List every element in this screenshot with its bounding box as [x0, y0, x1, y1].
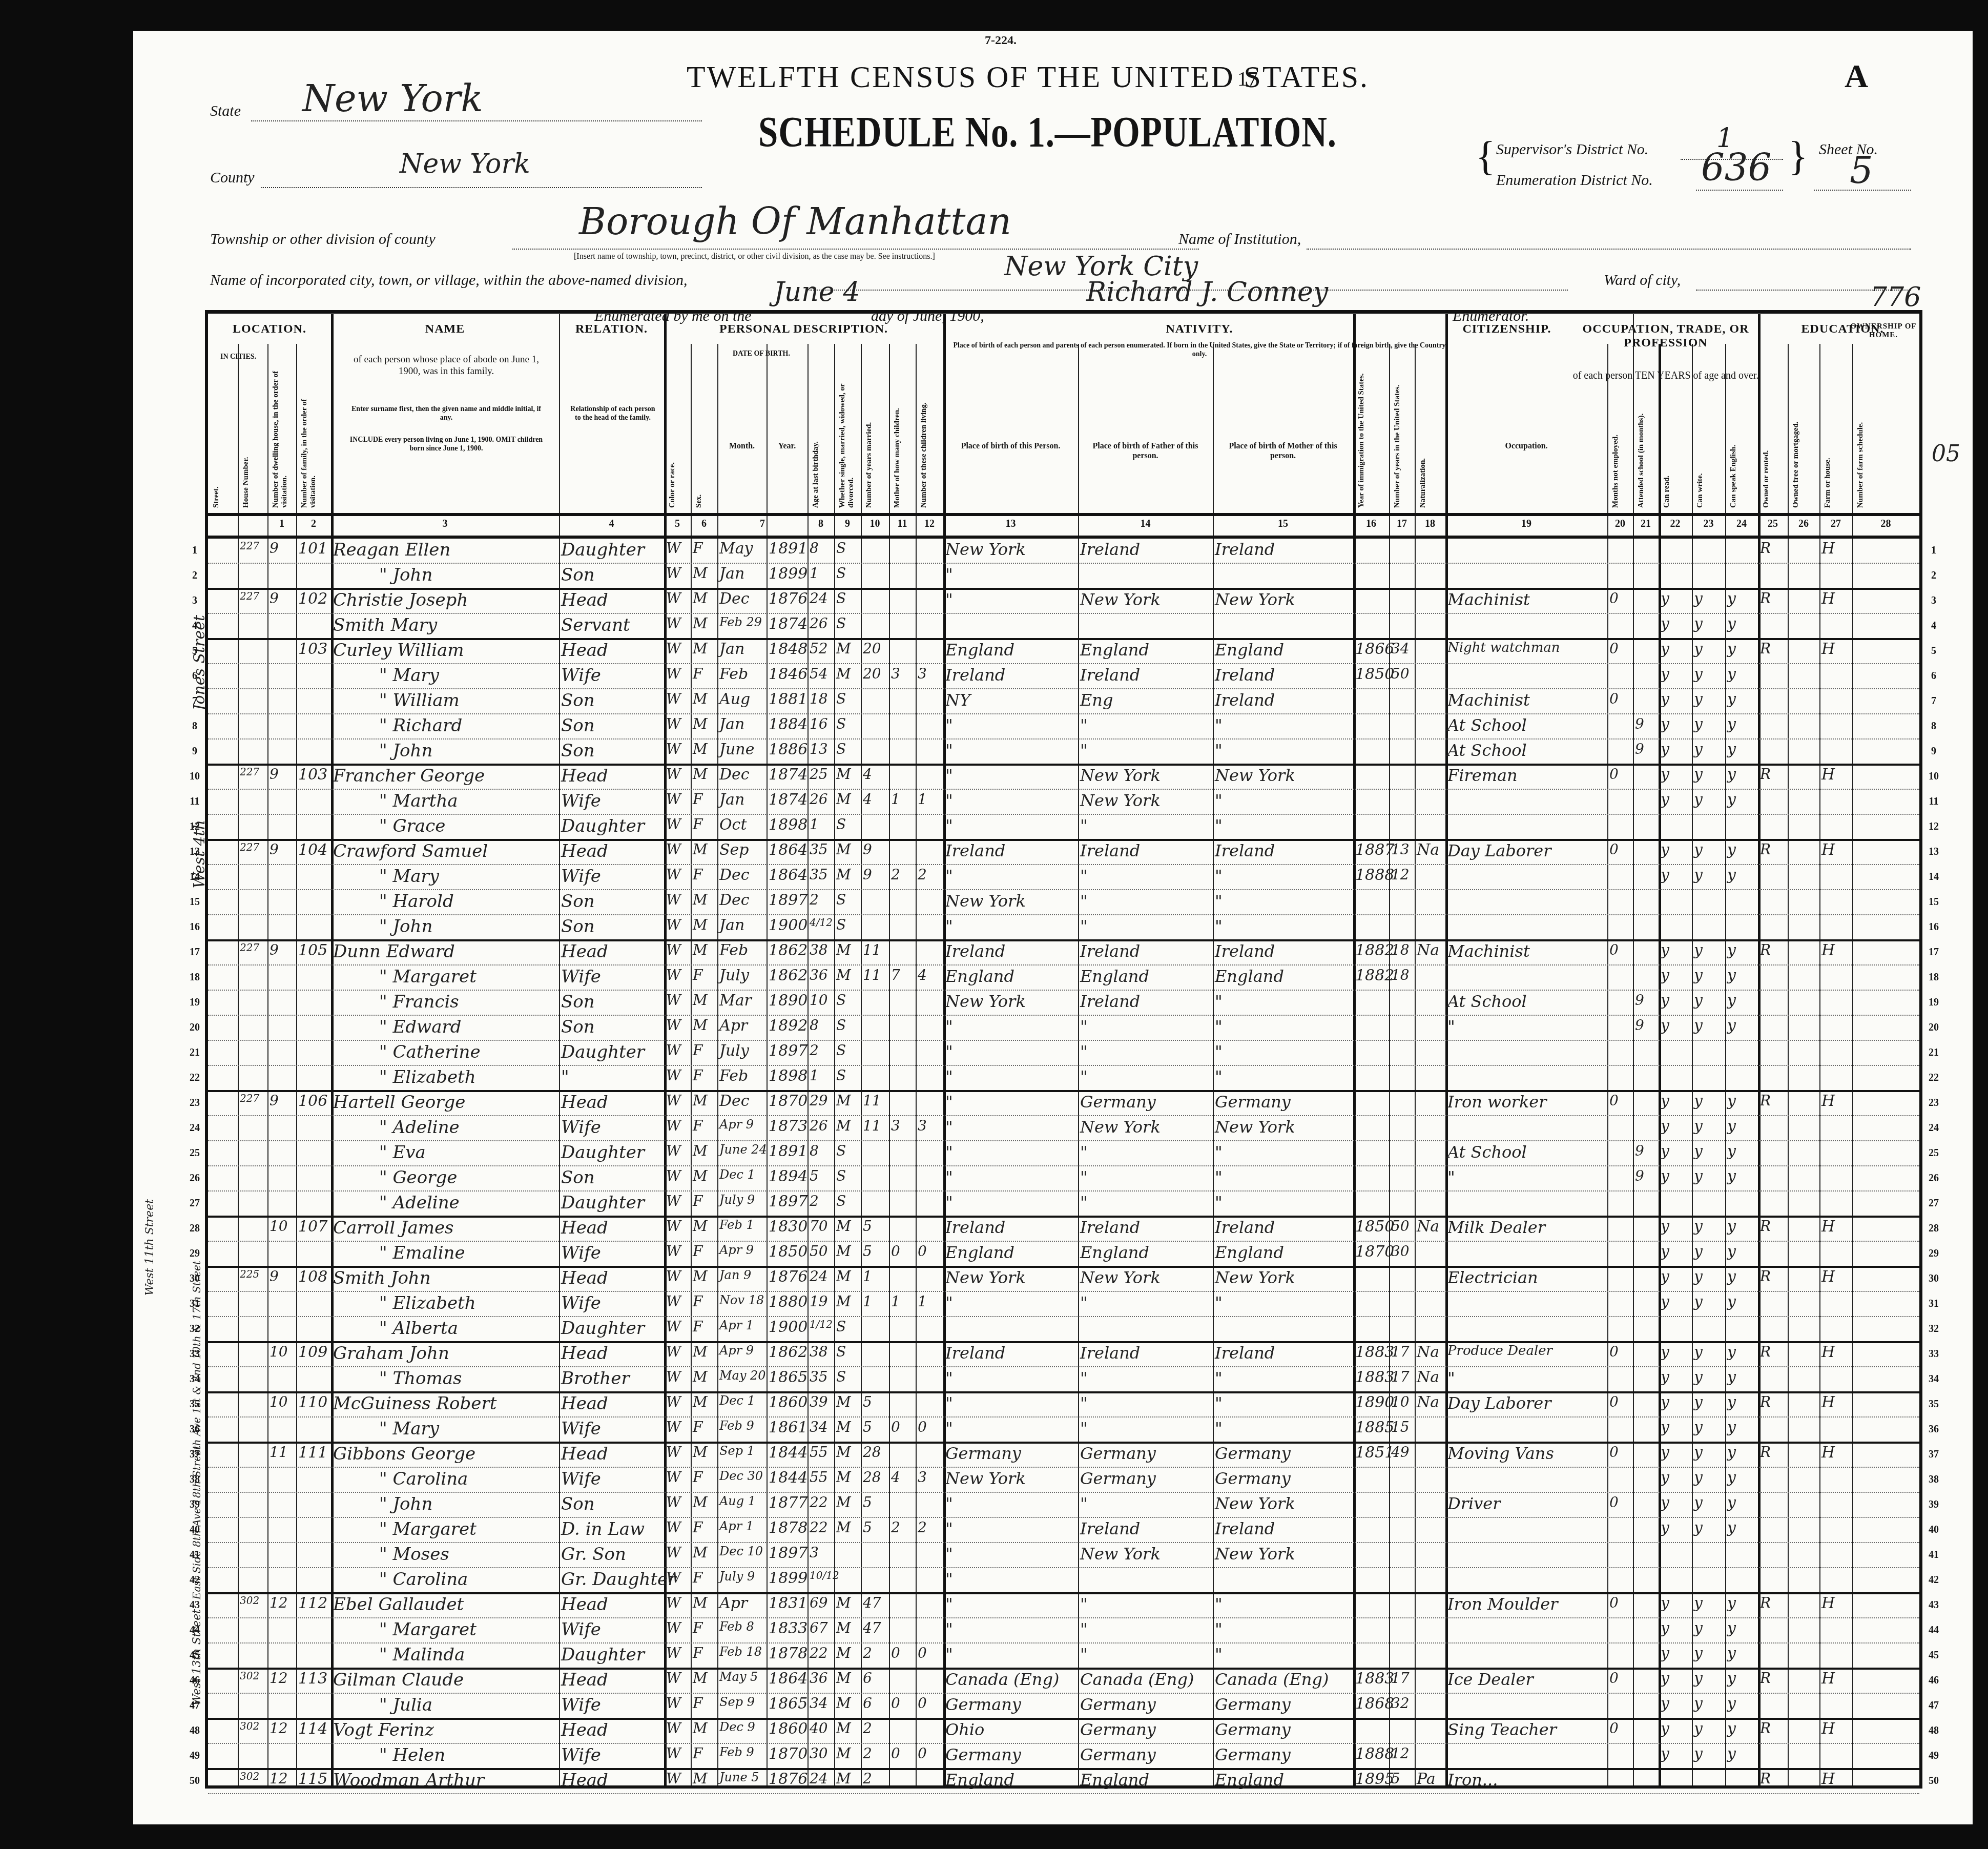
- column-header-imm: Year of immigration to the United States…: [1357, 369, 1386, 508]
- cell-age: 26: [810, 791, 828, 808]
- cell-sch: 9: [1635, 1167, 1644, 1184]
- cell-pb: ": [945, 1193, 953, 1212]
- cell-age: 34: [810, 1695, 828, 1712]
- cell-name: " Emaline: [333, 1243, 465, 1263]
- cell-rd: y: [1661, 615, 1669, 633]
- cell-race: W: [666, 1042, 681, 1059]
- cell-mc: 1: [891, 791, 900, 808]
- row-number-left: 28: [184, 1223, 205, 1235]
- cell-yrs: 17: [1391, 1670, 1410, 1687]
- cell-pb: England: [945, 640, 1014, 660]
- stamp-number: 17: [1237, 67, 1258, 91]
- column-number: 25: [1758, 518, 1788, 530]
- row-divider: [208, 814, 1919, 815]
- cell-month: Feb: [719, 665, 748, 683]
- cell-rd: y: [1661, 791, 1669, 809]
- cell-age: 1: [810, 565, 819, 582]
- cell-wr: y: [1694, 992, 1703, 1010]
- cell-pm: Germany: [1215, 1720, 1291, 1739]
- cell-pf: ": [1080, 715, 1088, 735]
- cell-mar: M: [836, 941, 851, 958]
- cell-en: y: [1727, 665, 1736, 683]
- column-number: 14: [1078, 518, 1213, 530]
- row-number-right: 9: [1923, 746, 1944, 757]
- cell-wr: y: [1694, 665, 1703, 683]
- column-number: 6: [691, 518, 717, 530]
- cell-month: Mar: [719, 992, 752, 1010]
- cell-sex: F: [693, 1619, 702, 1636]
- cell-sex: M: [693, 916, 708, 933]
- row-number-right: 31: [1923, 1298, 1944, 1310]
- cell-pb: Ireland: [945, 841, 1005, 860]
- cell-occ: Iron...: [1447, 1770, 1498, 1790]
- cell-age: 1: [810, 816, 819, 833]
- cell-pm: New York: [1215, 1117, 1295, 1137]
- cell-sex: F: [693, 1645, 702, 1661]
- cell-sex: F: [693, 1293, 702, 1310]
- row-number-right: 15: [1923, 896, 1944, 908]
- row-divider: [208, 964, 1919, 965]
- cell-cl: 4: [918, 967, 927, 983]
- cell-occ: Moving Vans: [1447, 1444, 1554, 1463]
- cell-pb: England: [945, 1243, 1014, 1262]
- cell-name: Reagan Ellen: [333, 540, 450, 560]
- cell-occ: Fireman: [1447, 766, 1518, 785]
- sheet-no-value[interactable]: 5: [1850, 149, 1873, 192]
- cell-age: 2: [810, 1042, 819, 1059]
- cell-race: W: [666, 1619, 681, 1636]
- cell-race: W: [666, 1770, 681, 1787]
- cell-rd: y: [1661, 1619, 1669, 1637]
- cell-age: 24: [810, 590, 828, 607]
- header-divider: [208, 313, 1919, 314]
- cell-farm: H: [1821, 1720, 1835, 1738]
- cell-farm: H: [1821, 1268, 1835, 1286]
- cell-en: y: [1727, 1167, 1736, 1185]
- column-number: 23: [1692, 518, 1725, 530]
- cell-pf: New York: [1080, 766, 1161, 785]
- cell-mar: M: [836, 1619, 851, 1636]
- cell-wr: y: [1694, 1117, 1703, 1135]
- cell-pm: ": [1215, 1142, 1223, 1162]
- cell-pm: ": [1215, 1645, 1223, 1664]
- enumerated-label: Enumerated by me on the: [594, 307, 752, 325]
- cell-occ: ": [1447, 1368, 1455, 1388]
- cell-pb: ": [945, 1645, 953, 1664]
- cell-pm: New York: [1215, 1268, 1295, 1287]
- cell-nat: Na: [1417, 1343, 1439, 1361]
- cell-pm: Ireland: [1215, 1218, 1275, 1237]
- cell-en: y: [1727, 1519, 1736, 1537]
- cell-rd: y: [1661, 1594, 1669, 1612]
- cell-fam: 105: [298, 941, 327, 959]
- cell-en: y: [1727, 1268, 1736, 1286]
- column-header-fs: Number of farm schedule.: [1856, 369, 1916, 508]
- row-divider: [208, 1065, 1919, 1066]
- row-divider: [208, 914, 1919, 915]
- cell-race: W: [666, 1419, 681, 1435]
- cell-year: 1865: [769, 1368, 807, 1386]
- cell-wr: y: [1694, 1393, 1703, 1411]
- cell-own: R: [1760, 540, 1771, 557]
- cell-wr: y: [1694, 1619, 1703, 1637]
- cell-yrs: 5: [1391, 1770, 1400, 1787]
- cell-pb: ": [945, 1167, 953, 1187]
- cell-own: R: [1760, 640, 1771, 657]
- cell-imm: 1850: [1355, 665, 1394, 683]
- column-number: 3: [331, 518, 559, 530]
- cell-rel: Son: [561, 715, 595, 736]
- cell-race: W: [666, 1544, 681, 1561]
- census-title: TWELFTH CENSUS OF THE UNITED STATES.: [687, 59, 1369, 95]
- row-number-left: 25: [184, 1147, 205, 1159]
- cell-pm: ": [1215, 1368, 1223, 1388]
- cell-year: 1850: [769, 1243, 807, 1261]
- cell-pf: England: [1080, 1770, 1149, 1790]
- cell-name: " Elizabeth: [333, 1293, 476, 1313]
- cell-year: 1891: [769, 1142, 807, 1160]
- row-number-right: 30: [1923, 1273, 1944, 1285]
- row-divider: [208, 1140, 1919, 1141]
- cell-mar: S: [836, 690, 846, 707]
- row-number-left: 46: [184, 1675, 205, 1687]
- cell-race: W: [666, 715, 681, 732]
- column-header-mort: Owned free or mortgaged.: [1792, 369, 1816, 508]
- cell-mar: S: [836, 1167, 846, 1184]
- cell-pf: ": [1080, 1042, 1088, 1061]
- cell-age: 36: [810, 967, 828, 983]
- cell-mar: M: [836, 1243, 851, 1260]
- cell-occ: Night watchman: [1447, 640, 1560, 655]
- supervisor-district-label: Supervisor's District No.: [1496, 141, 1648, 158]
- cell-pf: Eng: [1080, 690, 1113, 710]
- cell-en: y: [1727, 1619, 1736, 1637]
- cell-rel: Wife: [561, 1117, 601, 1138]
- margin-note-street-3: West 11th Street: [143, 1199, 156, 1296]
- cell-pb: ": [945, 590, 953, 609]
- cell-rel: Head: [561, 640, 608, 661]
- county-value[interactable]: New York: [400, 149, 530, 179]
- cell-rd: y: [1661, 1645, 1669, 1662]
- cell-month: Sep 1: [719, 1444, 755, 1458]
- cell-month: Feb: [719, 1067, 748, 1085]
- cell-pf: New York: [1080, 1268, 1161, 1287]
- cell-month: Nov 18: [719, 1293, 764, 1307]
- cell-name: Woodman Arthur: [333, 1770, 484, 1791]
- sheet-letter: A: [1845, 57, 1868, 95]
- row-divider: [208, 889, 1919, 890]
- cell-imm: 1887: [1355, 841, 1394, 859]
- cell-pm: Ireland: [1215, 665, 1275, 685]
- cell-pb: ": [945, 1544, 953, 1564]
- state-value[interactable]: New York: [302, 77, 483, 120]
- column-header-sex: Sex.: [695, 369, 714, 508]
- cell-age: 8: [810, 1017, 819, 1034]
- cell-imm: 1895: [1355, 1770, 1394, 1788]
- cell-age: 5: [810, 1167, 819, 1184]
- cell-year: 1876: [769, 1268, 807, 1286]
- cell-ym: 5: [863, 1393, 872, 1410]
- cell-wr: y: [1694, 1469, 1703, 1487]
- cell-wr: y: [1694, 1594, 1703, 1612]
- cell-en: y: [1727, 715, 1736, 733]
- cell-rel: Son: [561, 1017, 595, 1037]
- row-number-right: 14: [1923, 871, 1944, 883]
- cell-pb: ": [945, 1368, 953, 1388]
- cell-en: y: [1727, 1594, 1736, 1612]
- cell-en: y: [1727, 1444, 1736, 1462]
- cell-mar: M: [836, 1268, 851, 1285]
- cell-name: " William: [333, 690, 460, 711]
- district-brace-right: }: [1788, 133, 1808, 180]
- cell-dw: 12: [270, 1594, 288, 1611]
- cell-sex: M: [693, 640, 708, 657]
- cell-pf: New York: [1080, 791, 1161, 810]
- cell-ym: 2: [863, 1720, 872, 1737]
- cell-fam: 107: [298, 1218, 327, 1236]
- cell-mar: M: [836, 1745, 851, 1762]
- cell-mar: M: [836, 766, 851, 783]
- cell-occ: Machinist: [1447, 941, 1530, 961]
- row-number-left: 50: [184, 1775, 205, 1787]
- cell-pf: New York: [1080, 1117, 1161, 1137]
- column-header-mc: Mother of how many children.: [893, 369, 913, 508]
- enumeration-district-line: [1696, 190, 1783, 191]
- cell-mne: 0: [1609, 1092, 1619, 1109]
- cell-wr: y: [1694, 590, 1703, 608]
- cell-name: " Harold: [333, 891, 454, 912]
- cell-pm: England: [1215, 1243, 1284, 1262]
- cell-cl: 0: [918, 1645, 927, 1661]
- cell-house: 302: [240, 1770, 259, 1782]
- cell-rel: Wife: [561, 1619, 601, 1640]
- cell-age: 22: [810, 1519, 828, 1536]
- cell-yrs: 17: [1391, 1343, 1410, 1360]
- cell-pm: Ireland: [1215, 1519, 1275, 1538]
- cell-pb: England: [945, 1770, 1014, 1790]
- row-divider: [208, 613, 1919, 614]
- cell-rd: y: [1661, 1670, 1669, 1688]
- cell-ym: 5: [863, 1218, 872, 1235]
- cell-occ: At School: [1447, 1142, 1527, 1162]
- cell-rd: y: [1661, 715, 1669, 733]
- enumeration-district-label: Enumeration District No.: [1496, 172, 1653, 189]
- cell-month: Dec: [719, 590, 750, 608]
- cell-name: " Eva: [333, 1142, 426, 1163]
- cell-rel: Head: [561, 1720, 608, 1740]
- cell-name: " Catherine: [333, 1042, 481, 1062]
- cell-mc: 2: [891, 866, 900, 883]
- column-number: 8: [807, 518, 834, 530]
- cell-imm: 1890: [1355, 1393, 1394, 1411]
- cell-rel: Daughter: [561, 1645, 645, 1665]
- cell-sch: 9: [1635, 1142, 1644, 1159]
- cell-pb: ": [945, 1092, 953, 1112]
- cell-race: W: [666, 916, 681, 933]
- cell-en: y: [1727, 1293, 1736, 1311]
- cell-age: 13: [810, 741, 828, 757]
- population-table: LOCATION. NAME RELATION. PERSONAL DESCRI…: [205, 310, 1922, 1789]
- cell-race: W: [666, 741, 681, 757]
- cell-sex: F: [693, 1067, 702, 1084]
- cell-pm: Germany: [1215, 1745, 1291, 1764]
- cell-yrs: 34: [1391, 640, 1410, 657]
- row-number-left: 16: [184, 921, 205, 933]
- cell-race: W: [666, 1670, 681, 1687]
- cell-farm: H: [1821, 1343, 1835, 1361]
- cell-rd: y: [1661, 640, 1669, 658]
- cell-mar: M: [836, 1092, 851, 1109]
- cell-farm: H: [1821, 1594, 1835, 1612]
- cell-pf: ": [1080, 1293, 1088, 1312]
- cell-pb: Ohio: [945, 1720, 984, 1739]
- cell-wr: y: [1694, 615, 1703, 633]
- row-number-right: 24: [1923, 1122, 1944, 1134]
- column-header-ym: Number of years married.: [865, 369, 886, 508]
- cell-race: W: [666, 841, 681, 858]
- cell-year: 1900: [769, 1318, 807, 1336]
- cell-mne: 0: [1609, 1594, 1619, 1611]
- cell-month: Feb 9: [719, 1419, 754, 1433]
- cell-imm: 1851: [1355, 1444, 1394, 1462]
- cell-name: Curley William: [333, 640, 464, 661]
- cell-age: 36: [810, 1670, 828, 1687]
- cell-year: 1833: [769, 1619, 807, 1637]
- cell-name: " Adeline: [333, 1117, 460, 1138]
- cell-sex: M: [693, 715, 708, 732]
- cell-age: 26: [810, 1117, 828, 1134]
- cell-pf: ": [1080, 741, 1088, 760]
- row-number-left: 10: [184, 771, 205, 783]
- cell-rel: Son: [561, 565, 595, 585]
- cell-house: 227: [240, 841, 259, 853]
- row-divider: [208, 1416, 1919, 1417]
- cell-occ: Driver: [1447, 1494, 1501, 1513]
- cell-pm: ": [1215, 1293, 1223, 1312]
- cell-en: y: [1727, 1419, 1736, 1436]
- row-divider: [208, 663, 1919, 664]
- row-divider: [208, 1040, 1919, 1041]
- cell-year: 1844: [769, 1469, 807, 1487]
- column-number: 4: [559, 518, 664, 530]
- cell-house: 302: [240, 1670, 259, 1682]
- row-number-right: 1: [1923, 545, 1944, 557]
- cell-wr: y: [1694, 1343, 1703, 1361]
- row-number-right: 47: [1923, 1700, 1944, 1712]
- cell-race: W: [666, 1167, 681, 1184]
- cell-mar: M: [836, 1117, 851, 1134]
- cell-mne: 0: [1609, 941, 1619, 958]
- cell-occ: At School: [1447, 992, 1527, 1011]
- column-number: 15: [1213, 518, 1353, 530]
- header-name: NAME: [331, 322, 559, 336]
- cell-month: Apr 9: [719, 1117, 754, 1132]
- cell-dw: 12: [270, 1720, 288, 1737]
- cell-wr: y: [1694, 1293, 1703, 1311]
- cell-mar: M: [836, 1519, 851, 1536]
- enumeration-district-value[interactable]: 636: [1701, 146, 1771, 189]
- row-number-left: 40: [184, 1524, 205, 1536]
- cell-rel: ": [561, 1067, 569, 1087]
- cell-own: R: [1760, 1092, 1771, 1109]
- enumerator-name[interactable]: Richard J. Conney: [1086, 277, 1328, 307]
- cell-pb: ": [945, 1619, 953, 1639]
- township-instruction: [Insert name of township, town, precinct…: [574, 252, 935, 261]
- cell-ym: 11: [863, 1092, 881, 1109]
- cell-mar: M: [836, 866, 851, 883]
- cell-rel: Servant: [561, 615, 630, 635]
- cell-farm: H: [1821, 766, 1835, 784]
- cell-fam: 103: [298, 766, 327, 784]
- cell-pb: ": [945, 866, 953, 886]
- cell-rel: Head: [561, 1092, 608, 1113]
- cell-own: R: [1760, 1343, 1771, 1360]
- cell-pb: ": [945, 1594, 953, 1614]
- cell-year: 1874: [769, 615, 807, 633]
- cell-imm: 1866: [1355, 640, 1394, 658]
- row-number-right: 19: [1923, 997, 1944, 1009]
- cell-sex: F: [693, 1042, 702, 1059]
- cell-month: June 24: [719, 1142, 767, 1157]
- row-number-left: 17: [184, 947, 205, 958]
- cell-dw: 9: [270, 1092, 279, 1109]
- cell-month: Dec: [719, 891, 750, 909]
- cell-pf: Germany: [1080, 1092, 1156, 1112]
- column-number: 19: [1445, 518, 1607, 530]
- cell-yrs: 32: [1391, 1695, 1410, 1712]
- cell-sex: M: [693, 1670, 708, 1687]
- column-header-pm: Place of birth of Mother of this person.: [1217, 441, 1349, 461]
- cell-rd: y: [1661, 1444, 1669, 1462]
- cell-pb: Germany: [945, 1444, 1021, 1463]
- cell-pm: Germany: [1215, 1092, 1291, 1112]
- row-number-left: 12: [184, 821, 205, 833]
- cell-occ: At School: [1447, 741, 1527, 760]
- cell-rel: Wife: [561, 1293, 601, 1313]
- cell-nat: Na: [1417, 1368, 1439, 1386]
- cell-rd: y: [1661, 1419, 1669, 1436]
- cell-pm: Germany: [1215, 1695, 1291, 1714]
- row-divider: [208, 1241, 1919, 1242]
- enumerated-day[interactable]: June 4: [774, 277, 860, 307]
- cell-en: y: [1727, 967, 1736, 984]
- row-number-left: 27: [184, 1198, 205, 1209]
- cell-name: " Mary: [333, 1419, 439, 1439]
- cell-pm: New York: [1215, 766, 1295, 785]
- cell-ym: 2: [863, 1745, 872, 1762]
- cell-mne: 0: [1609, 1670, 1619, 1687]
- row-number-left: 45: [184, 1650, 205, 1661]
- cell-age: 19: [810, 1293, 828, 1310]
- cell-wr: y: [1694, 1218, 1703, 1236]
- cell-rel: Wife: [561, 1469, 601, 1489]
- cell-mne: 0: [1609, 1343, 1619, 1360]
- row-number-left: 2: [184, 570, 205, 582]
- cell-en: y: [1727, 741, 1736, 758]
- cell-en: y: [1727, 866, 1736, 884]
- township-value[interactable]: Borough Of Manhattan: [579, 200, 1011, 243]
- cell-name: " Edward: [333, 1017, 461, 1037]
- cell-rel: Head: [561, 1670, 608, 1690]
- cell-pm: ": [1215, 1067, 1223, 1086]
- cell-sex: M: [693, 1393, 708, 1410]
- row-divider: [208, 1291, 1919, 1292]
- cell-name: Crawford Samuel: [333, 841, 488, 861]
- cell-age: 54: [810, 665, 828, 682]
- column-header-year: Year.: [767, 441, 807, 451]
- cell-sex: F: [693, 1243, 702, 1260]
- column-header-fam: Number of family, in the order of visita…: [300, 369, 328, 508]
